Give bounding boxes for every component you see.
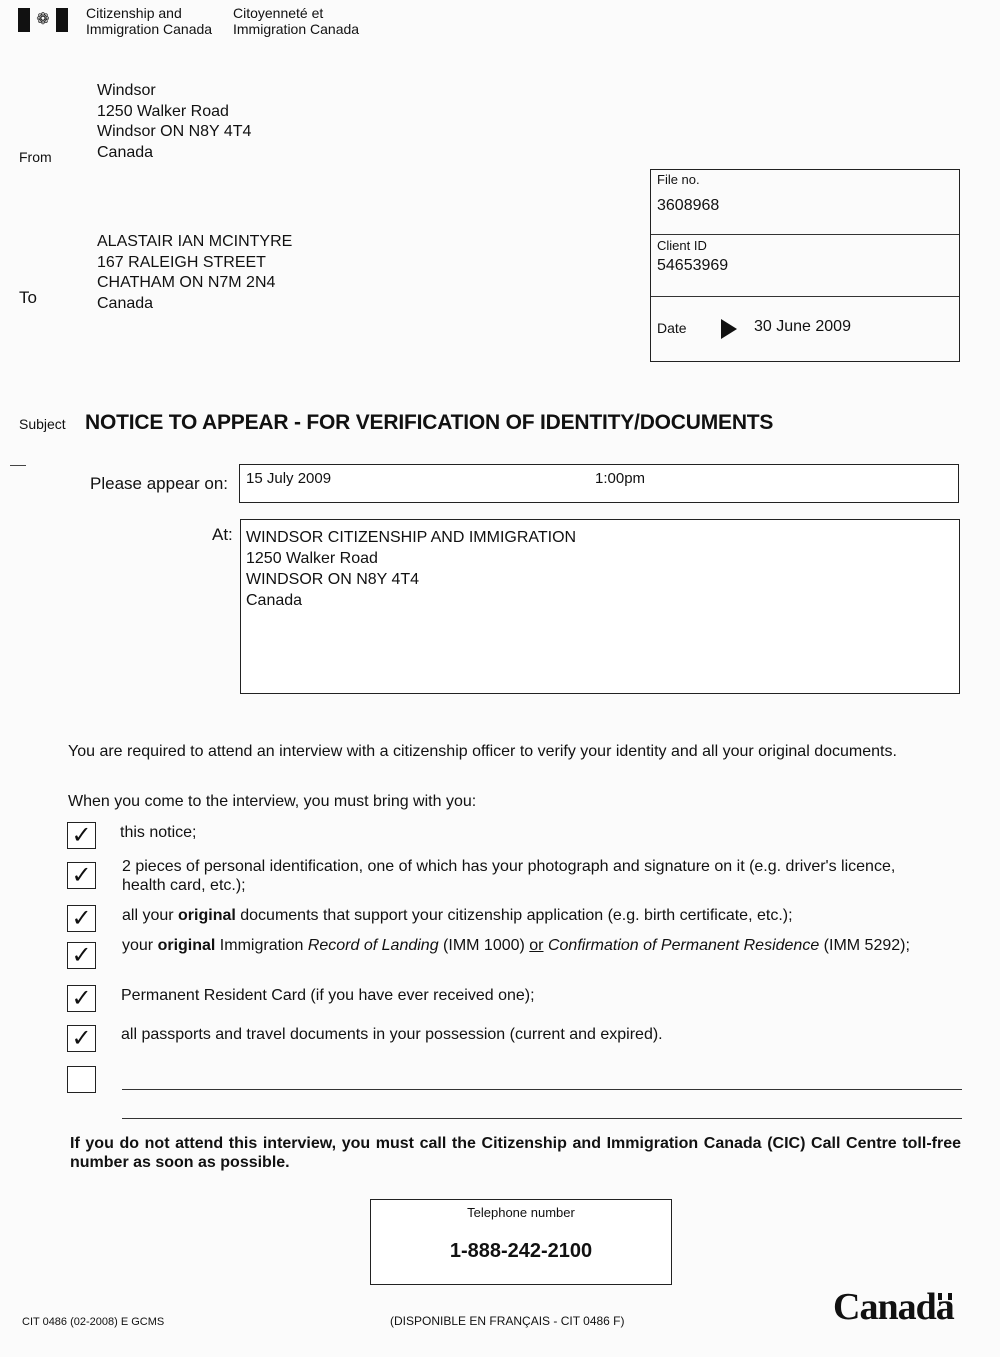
- date-label: Date: [657, 320, 687, 336]
- checklist-item-text: all your original documents that support…: [122, 907, 793, 926]
- telephone-number: 1-888-242-2100: [371, 1240, 671, 1263]
- checkbox-passports[interactable]: ✓: [67, 1025, 96, 1052]
- location-box: WINDSOR CITIZENSHIP AND IMMIGRATION 1250…: [240, 519, 960, 694]
- client-id-row: Client ID 54653969: [651, 235, 959, 297]
- location-line: WINDSOR ON N8Y 4T4: [246, 569, 576, 590]
- fold-mark: [10, 465, 26, 466]
- item-text-bold: original: [158, 937, 216, 954]
- checkbox-identification[interactable]: ✓: [67, 862, 96, 889]
- at-label: At:: [212, 525, 233, 545]
- file-no-label: File no.: [657, 172, 700, 187]
- item-text-part: (IMM 5292);: [819, 937, 910, 954]
- other-item-line-2[interactable]: [122, 1118, 962, 1119]
- appointment-date: 15 July 2009: [246, 470, 331, 487]
- file-no-row: File no. 3608968: [651, 170, 959, 235]
- appointment-time: 1:00pm: [595, 470, 645, 487]
- department-name-french: Citoyenneté et Immigration Canada: [233, 5, 359, 37]
- checkmark-icon: ✓: [71, 1027, 91, 1051]
- from-line: Windsor: [97, 81, 251, 102]
- location-line: 1250 Walker Road: [246, 548, 576, 569]
- to-line: Canada: [97, 294, 292, 315]
- checkmark-icon: ✓: [71, 944, 91, 968]
- checkmark-icon: ✓: [71, 864, 91, 888]
- location-line: Canada: [246, 590, 576, 611]
- other-item-line-1[interactable]: [122, 1089, 962, 1090]
- checkmark-icon: ✓: [71, 987, 91, 1011]
- item-text-part: all your: [122, 907, 178, 924]
- item-text-italic: Record of Landing: [308, 937, 439, 954]
- client-id-value: 54653969: [657, 257, 728, 275]
- telephone-label: Telephone number: [371, 1205, 671, 1220]
- subject-label: Subject: [19, 416, 66, 432]
- item-text-part: Immigration: [215, 937, 307, 954]
- item-text-part: your: [122, 937, 158, 954]
- from-label: From: [19, 149, 52, 165]
- to-line: ALASTAIR IAN MCINTYRE: [97, 232, 292, 253]
- dept-en-line1: Citizenship and: [86, 5, 212, 21]
- checkbox-other[interactable]: [67, 1066, 96, 1093]
- bring-intro: When you come to the interview, you must…: [68, 792, 476, 811]
- item-text-part: (IMM 1000): [439, 937, 530, 954]
- checkmark-icon: ✓: [71, 907, 91, 931]
- location-line: WINDSOR CITIZENSHIP AND IMMIGRATION: [246, 527, 576, 548]
- checkmark-icon: ✓: [71, 824, 91, 848]
- telephone-box: Telephone number 1-888-242-2100: [370, 1199, 672, 1285]
- warning-text: If you do not attend this interview, you…: [70, 1134, 961, 1172]
- from-line: Windsor ON N8Y 4T4: [97, 122, 251, 143]
- checklist-item-text: all passports and travel documents in yo…: [121, 1026, 663, 1045]
- file-no-value: 3608968: [657, 197, 719, 215]
- from-address: Windsor 1250 Walker Road Windsor ON N8Y …: [97, 81, 251, 163]
- canada-wordmark: Canada: [833, 1285, 954, 1329]
- item-text-bold: original: [178, 907, 236, 924]
- canada-wordmark-text: Canada: [833, 1286, 954, 1328]
- dept-en-line2: Immigration Canada: [86, 21, 212, 37]
- date-value: 30 June 2009: [754, 318, 851, 336]
- appear-label: Please appear on:: [90, 474, 228, 494]
- to-line: 167 RALEIGH STREET: [97, 253, 292, 274]
- checkbox-record-of-landing[interactable]: ✓: [67, 942, 96, 969]
- wordmark-flag-icon: [938, 1293, 952, 1300]
- department-name-english: Citizenship and Immigration Canada: [86, 5, 212, 37]
- checklist-item-text: your original Immigration Record of Land…: [122, 937, 922, 956]
- from-line: 1250 Walker Road: [97, 102, 251, 123]
- dept-fr-line1: Citoyenneté et: [233, 5, 359, 21]
- arrow-right-icon: [721, 319, 737, 339]
- appointment-datetime-box: 15 July 2009 1:00pm: [239, 464, 959, 503]
- date-row: Date 30 June 2009: [651, 297, 959, 361]
- checkbox-original-documents[interactable]: ✓: [67, 905, 96, 932]
- item-text-underline: or: [529, 937, 543, 954]
- checklist-item-text: this notice;: [120, 824, 196, 843]
- canada-flag-icon: ❁: [18, 8, 68, 32]
- item-text-part: documents that support your citizenship …: [236, 907, 793, 924]
- client-id-label: Client ID: [657, 238, 707, 253]
- subject-title: NOTICE TO APPEAR - FOR VERIFICATION OF I…: [85, 411, 773, 435]
- checklist-item-text: 2 pieces of personal identification, one…: [122, 858, 922, 895]
- checklist-item-text: Permanent Resident Card (if you have eve…: [121, 987, 535, 1006]
- french-availability-note: (DISPONIBLE EN FRANÇAIS - CIT 0486 F): [390, 1314, 625, 1328]
- to-label: To: [19, 288, 37, 308]
- item-text-italic: Confirmation of Permanent Residence: [548, 937, 819, 954]
- file-info-box: File no. 3608968 Client ID 54653969 Date…: [650, 169, 960, 362]
- location-address: WINDSOR CITIZENSHIP AND IMMIGRATION 1250…: [246, 527, 576, 611]
- form-code: CIT 0486 (02-2008) E GCMS: [22, 1316, 164, 1328]
- to-address: ALASTAIR IAN MCINTYRE 167 RALEIGH STREET…: [97, 232, 292, 314]
- checkbox-pr-card[interactable]: ✓: [67, 985, 96, 1012]
- dept-fr-line2: Immigration Canada: [233, 21, 359, 37]
- checkbox-this-notice[interactable]: ✓: [67, 822, 96, 849]
- from-line: Canada: [97, 143, 251, 164]
- to-line: CHATHAM ON N7M 2N4: [97, 273, 292, 294]
- intro-paragraph: You are required to attend an interview …: [68, 742, 960, 761]
